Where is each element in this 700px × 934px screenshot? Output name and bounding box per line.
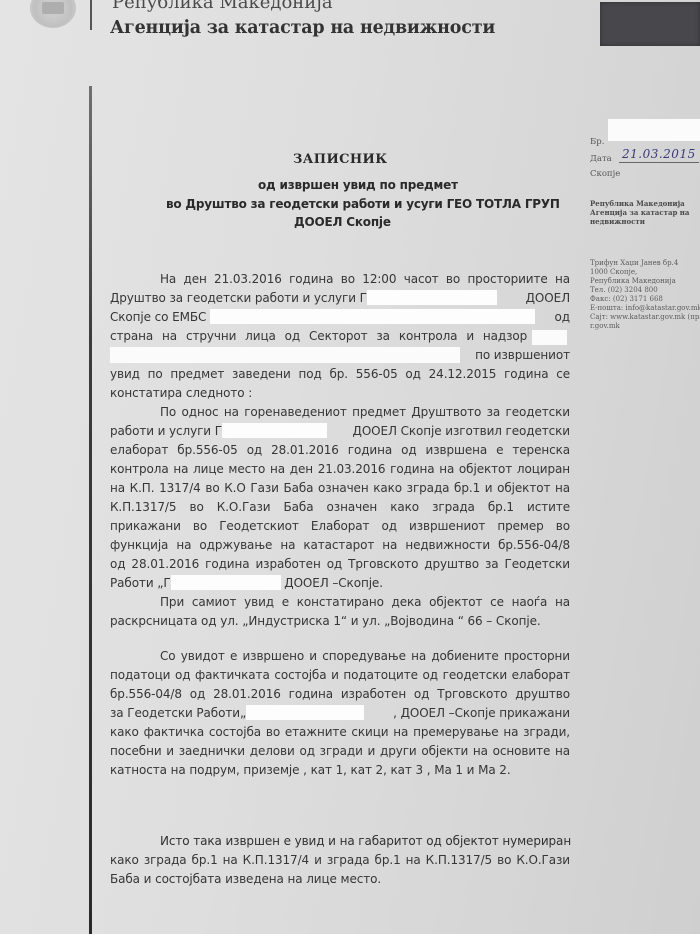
body-line: бр.556-04/8 од 28.01.2016 година изработ… — [110, 685, 570, 703]
body-line: прикажани во Геодетскиот Елаборат од изв… — [110, 517, 570, 535]
website-line: Сајт: www.katastar.gov.mk (прав... — [590, 313, 700, 322]
body-line: Со увидот е извршено и споредување на до… — [110, 647, 570, 665]
redaction — [171, 575, 281, 590]
address-line: Република Македонија — [590, 277, 676, 286]
title-line-2: во Друштво за геодетски работи и усуги Г… — [166, 197, 560, 211]
date-label: Дата — [590, 154, 612, 164]
number-label: Бр. — [590, 137, 604, 147]
city-label: Скопје — [590, 169, 620, 179]
body-line: страна на стручни лица од Секторот за ко… — [110, 327, 540, 345]
body-line: Скопје со ЕМБС од — [110, 308, 570, 326]
body-line: Друштво за геодетски работи и услуги Г Д… — [110, 289, 570, 307]
body-line: по извршениот — [110, 346, 570, 364]
handwritten-date: 21.03.2015 — [622, 147, 696, 161]
body-line: По однос на горенаведениот предмет Друшт… — [110, 403, 570, 421]
address-line: Трифун Хаџи Јанев бр.4 — [590, 259, 678, 268]
address-line: 1000 Скопје, — [590, 268, 637, 277]
phone-line: Тел. (02) 3204 800 — [590, 286, 658, 295]
sidebar-agency-2: Агенција за катастар на — [590, 208, 689, 217]
header-republic: Република Македонија — [112, 0, 333, 13]
header-divider — [90, 0, 92, 30]
redaction-box — [600, 2, 700, 46]
body-line: елаборат бр.556-05 од 28.01.2016 година … — [110, 441, 570, 459]
body-line: како зграда бр.1 на К.П.1317/4 и зграда … — [110, 851, 570, 869]
body-line: Баба и состојбата изведена на лице место… — [110, 870, 570, 888]
redaction — [246, 705, 364, 720]
title-line-1: од извршен увид по предмет — [258, 178, 458, 192]
body-line: на К.П. 1317/4 во К.О Гази Баба означен … — [110, 479, 570, 497]
redaction — [367, 290, 497, 305]
body-line: Исто така извршен е увид и на габаритот … — [110, 832, 570, 850]
email-line: Е-пошта: info@katastar.gov.mk — [590, 304, 700, 313]
redaction — [210, 309, 535, 324]
redaction — [222, 423, 327, 438]
header-agency: Агенција за катастар на недвижности — [110, 18, 495, 38]
body-line: како фактичка состојба во етажните скици… — [110, 723, 570, 741]
body-line: работи и услуги Г ДООЕЛ Скопје изготвил … — [110, 422, 570, 440]
body-line: Работи „Г ДООЕЛ –Скопје. — [110, 574, 570, 592]
body-line: раскрсницата од ул. „Индустриска 1“ и ул… — [110, 612, 570, 630]
document-title: ЗАПИСНИК — [293, 152, 387, 167]
body-line: функција на одржување на катастарот на н… — [110, 536, 570, 554]
website-line-2: r.gov.mk — [590, 322, 620, 331]
date-underline — [619, 162, 699, 163]
body-line: податоци од фактичката состојба и подато… — [110, 666, 570, 684]
body-line: контрола на лице место на ден 21.03.2016… — [110, 460, 570, 478]
body-line: од 28.01.2016 година изработен од Трговс… — [110, 555, 570, 573]
redaction — [532, 330, 567, 345]
body-line: К.П.1317/5 во К.О.Гази Баба означен како… — [110, 498, 570, 516]
body-line: за Геодетски Работи„ , ДООЕЛ –Скопје при… — [110, 704, 570, 722]
fax-line: Факс: (02) 3171 668 — [590, 295, 663, 304]
title-line-3: ДООЕЛ Скопје — [294, 215, 391, 229]
coat-of-arms-icon — [30, 0, 76, 28]
body-line: катноста на подрум, приземје , кат 1, ка… — [110, 761, 570, 779]
number-redaction — [608, 119, 700, 141]
body-line: посебни и заеднички делови од згради и д… — [110, 742, 570, 760]
sidebar-agency-3: недвижности — [590, 217, 645, 226]
body-line: увид по предмет заведени под бр. 556-05 … — [110, 365, 570, 383]
body-line: констатира следното : — [110, 384, 570, 402]
sidebar-agency-1: Република Македонија — [590, 199, 685, 208]
margin-line — [89, 86, 92, 934]
body-line: При самиот увид е констатирано дека обје… — [110, 593, 570, 611]
body-line: На ден 21.03.2016 година во 12:00 часот … — [110, 270, 570, 288]
